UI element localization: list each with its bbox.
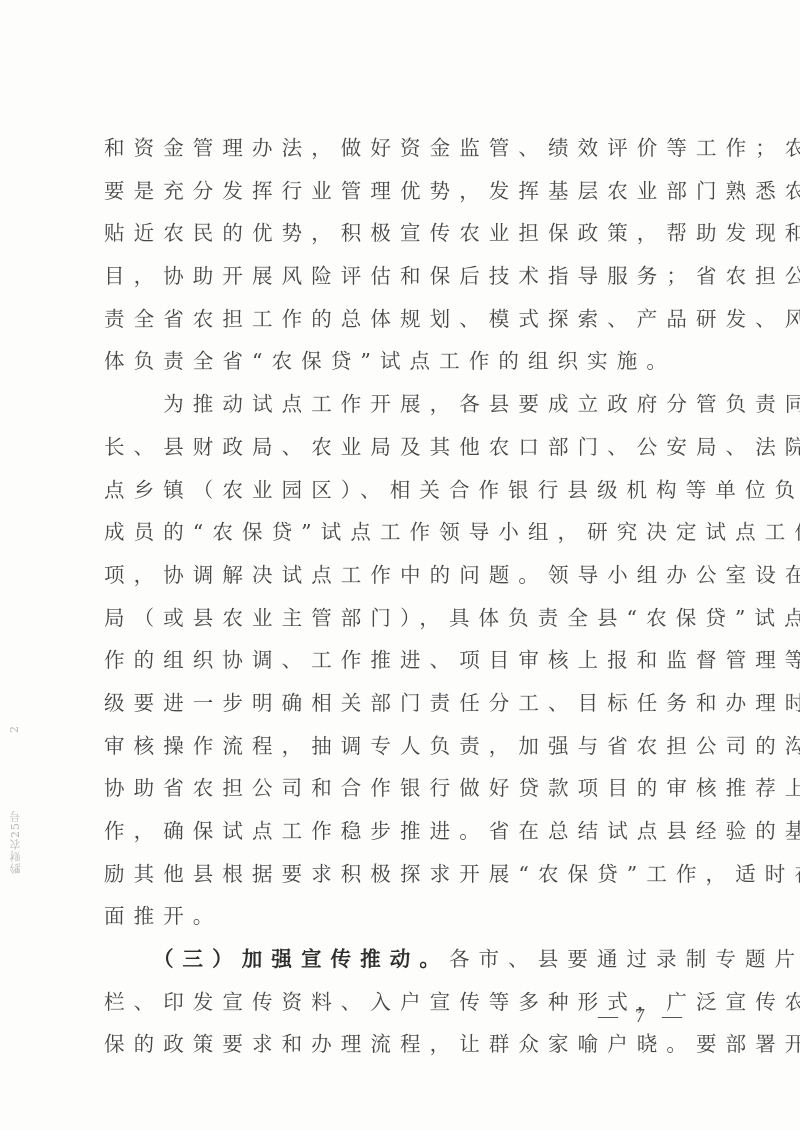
text-line: 要是充分发挥行业管理优势，发挥基层农业部门熟悉农业农村、 <box>104 170 704 213</box>
text-line: 责全省农担工作的总体规划、模式探索、产品研发、风险管控，具 <box>104 298 704 341</box>
margin-note: 2 <box>8 725 21 733</box>
section-heading: （三）加强宣传推动。 <box>104 947 449 971</box>
text-line: 协助省农担公司和合作银行做好贷款项目的审核推荐上报工 <box>104 767 704 810</box>
text-line: 点乡镇（农业园区）、相关合作银行县级机构等单位负责同志为 <box>104 469 704 512</box>
text-line: 面推开。 <box>104 895 704 938</box>
section-text: 各市、县要通过录制专题片、开设专 <box>449 947 800 971</box>
text-line: 体负责全省“农保贷”试点工作的组织实施。 <box>104 340 704 383</box>
section-first-line: （三）加强宣传推动。各市、县要通过录制专题片、开设专 <box>104 938 704 981</box>
margin-stamp: 黔财农25号 <box>8 810 24 874</box>
document-page: 和资金管理办法，做好资金监管、绩效评价等工作；农业部门主 要是充分发挥行业管理优… <box>0 0 800 1130</box>
text-line: 长、县财政局、农业局及其他农口部门、公安局、法院、检察院、试 <box>104 426 704 469</box>
text-line: 贴近农民的优势，积极宣传农业担保政策，帮助发现和推荐项 <box>104 212 704 255</box>
text-line: 成员的“农保贷”试点工作领导小组，研究决定试点工作重大事 <box>104 511 704 554</box>
body-text: 和资金管理办法，做好资金监管、绩效评价等工作；农业部门主 要是充分发挥行业管理优… <box>104 127 704 1066</box>
text-line: 级要进一步明确相关部门责任分工、目标任务和办理时限，细化 <box>104 682 704 725</box>
text-line: 项，协调解决试点工作中的问题。领导小组办公室设在县财政 <box>104 554 704 597</box>
text-line: 局（或县农业主管部门），具体负责全县“农保贷”试点各环节工 <box>104 597 704 640</box>
text-line: 保的政策要求和办理流程，让群众家喻户晓。要部署开展好有 <box>104 1023 704 1066</box>
text-line: 作的组织协调、工作推进、项目审核上报和监督管理等工作。县 <box>104 639 704 682</box>
text-line: 目，协助开展风险评估和保后技术指导服务；省农担公司主要负 <box>104 255 704 298</box>
text-line: 审核操作流程，抽调专人负责，加强与省农担公司的沟通交流， <box>104 725 704 768</box>
text-line: 作，确保试点工作稳步推进。省在总结试点县经验的基础上，鼓 <box>104 810 704 853</box>
text-line: 和资金管理办法，做好资金监管、绩效评价等工作；农业部门主 <box>104 127 704 170</box>
text-line: 为推动试点工作开展，各县要成立政府分管负责同志任组 <box>104 383 704 426</box>
page-number: — 7 — <box>598 1005 688 1028</box>
text-line: 励其他县根据要求积极探求开展“农保贷”工作，适时在全省全 <box>104 853 704 896</box>
